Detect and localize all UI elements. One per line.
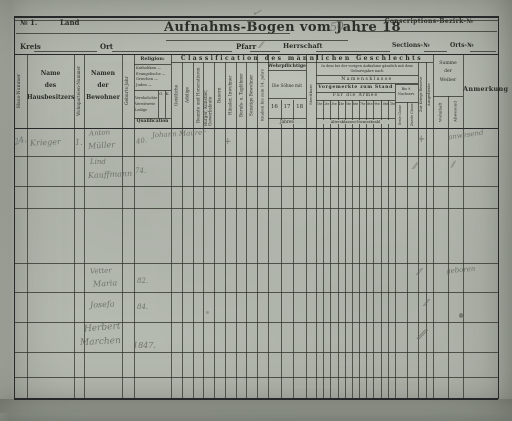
conscription-district-label: Conscriptions-Bezirk-№: [362, 19, 496, 26]
conscript-box-title: Wehrpflichtige: [268, 64, 306, 69]
handwritten-tally-mark: ⁄⁄: [414, 162, 417, 172]
grid-line: [27, 54, 28, 398]
handwritten-resident-name: Müller: [88, 140, 116, 151]
class-col-label: Berufs- u. Taglöhner: [236, 64, 247, 126]
age-18-head: 18: [293, 104, 306, 110]
rule-line: [424, 51, 447, 52]
vormerk-title: Vorgemerkte zum Stand: [316, 85, 395, 90]
grid-line: [345, 100, 346, 398]
class-col-label: Bürger, Künstler, Gewerbsleute: [203, 64, 214, 126]
age-class-head: 9te: [373, 103, 380, 107]
grid-line: [381, 100, 382, 398]
handwritten-tally-mark: +: [417, 134, 425, 145]
grid-line: [463, 54, 464, 398]
grid-line: [338, 100, 339, 398]
handwritten-birth-year: 82.: [137, 277, 148, 285]
handwritten-resident-name: Anton: [89, 128, 111, 137]
class-col-label: Bauern: [214, 64, 225, 126]
rule-line: [268, 98, 306, 99]
grid-line: [407, 102, 408, 398]
orts-number-label: Orts-№: [450, 43, 474, 50]
handwritten-party-number: 1.: [75, 138, 83, 147]
age-class-head: 10te: [381, 103, 388, 107]
class-col-label: Adelige: [182, 64, 193, 126]
class-col-label: Häusler, Inwohner: [225, 64, 236, 126]
residents-column-label: Namen der Bewohner: [84, 68, 122, 104]
women-sum-title: Summe der Weiber: [433, 60, 463, 85]
land-label: Land: [60, 19, 79, 27]
namensklasse-label: Namensklasse: [316, 77, 418, 82]
rule-line: [316, 100, 395, 101]
house-number-column-label: Haus-Nummer: [14, 56, 27, 126]
scanned-census-form: № 1. Land Aufnahms-Bogen vom Jahre 18 Co…: [0, 0, 512, 421]
rule-line: [34, 51, 97, 52]
handwritten-pfarr-entry: ⁄⁄: [260, 41, 263, 50]
women-sub-col-label: Abwesend: [448, 98, 463, 126]
handwritten-birth-year: 74.: [135, 167, 146, 175]
rule-line: [250, 51, 280, 52]
handwritten-birth-year: 40.: [135, 136, 147, 145]
handwritten-resident-name: Marchen: [80, 336, 121, 348]
class-col-label: Beamte und Honoratioren: [193, 64, 204, 126]
stand-row: Ledige: [135, 109, 157, 113]
classification-title: Classification des männlichen Geschlecht…: [171, 56, 433, 63]
rule-line: [316, 51, 390, 52]
rule-line: [470, 51, 496, 52]
grid-line: [281, 100, 282, 398]
rule-line: [268, 70, 306, 71]
sons-with-label: Die Söhne mit: [268, 84, 306, 89]
religion-row: Juden —: [136, 83, 169, 87]
owner-name-column-label: Name des Hausbesitzers: [27, 68, 74, 104]
age-class-head: 11te: [388, 103, 395, 107]
streitbare-column-label: Streitbare: [306, 64, 316, 126]
handwritten-tally-mark: ⁄⁄: [425, 299, 428, 309]
ink-blot: [206, 311, 209, 314]
nachserv-label: Bis 9. Nachserv.: [395, 87, 418, 96]
rule-line: [316, 75, 418, 76]
grid-line: [366, 100, 367, 398]
grid-line: [323, 100, 324, 398]
stand-row: Verehelichte: [135, 97, 157, 101]
stand-row: Verwitwete: [135, 103, 157, 107]
remark-column-label: Anmerkung: [463, 86, 496, 93]
grid-line: [330, 100, 331, 398]
grid-line: [395, 84, 396, 398]
age-17-head: 17: [281, 104, 294, 110]
boys-under14-column-label: Knaben bis zum 14. Jahre: [257, 64, 268, 126]
grid-line: [498, 16, 499, 399]
grid-line: [373, 100, 374, 398]
age-16-head: 16: [268, 104, 281, 110]
age-class-head: 2te: [323, 103, 330, 107]
handwritten-birth-year: 1847.: [133, 341, 156, 350]
grid-line: [352, 100, 353, 398]
ink-blot: [459, 313, 463, 318]
age-class-head: 7te: [359, 103, 366, 107]
birth-year-column-label: Geburts-Jahr: [122, 56, 134, 126]
armee-label: Für die Armee: [316, 94, 395, 99]
herrschaft-label: Herrschaft: [283, 43, 322, 50]
sections-number-label: Sections-№: [392, 43, 430, 50]
religion-row: Evangelische —: [136, 72, 169, 76]
handwritten-resident-name: Vetter: [90, 266, 112, 275]
form-number-label: № 1.: [20, 19, 37, 27]
class-col-label: Sonstige Bewohner: [246, 64, 257, 126]
age-class-head: 6te: [352, 103, 359, 107]
party-number-column-label: Wohnparteien-Nummer: [74, 56, 84, 126]
women-sub-col-label: Wohnhaft: [433, 98, 448, 126]
class-col-label: Geistliche: [171, 64, 182, 126]
age-class-head: 1te: [316, 103, 323, 107]
rule-line: [112, 51, 232, 52]
grid-line: [293, 100, 294, 398]
rule-line: [134, 64, 171, 65]
handwritten-owner-name: Krieger: [30, 137, 61, 148]
ort-label: Ort: [100, 43, 113, 51]
rule-line: [166, 40, 348, 41]
handwritten-tally-mark: ⁄⁄: [418, 268, 421, 278]
handwritten-birth-year: 84.: [137, 303, 148, 311]
kreis-label: Kreis: [20, 43, 41, 51]
handwritten-resident-name: Lind: [90, 158, 106, 166]
rule-line: [395, 84, 418, 85]
handwritten-tally-mark: +: [224, 137, 232, 147]
religion-row: Griechen —: [136, 77, 169, 81]
nachserv-col-label: Erste Classe: [395, 103, 407, 126]
qualification-label: Qualification: [134, 120, 171, 125]
grid-line: [388, 100, 389, 398]
veterans-column-label: Ausgediente: [426, 63, 434, 126]
vormerk-note: In dem bei der vorigen Aufnahme gänzlich…: [317, 64, 417, 73]
nachserv-col-label: Zweite Classe: [407, 103, 419, 126]
rule-line: [316, 118, 395, 119]
reserve-column-label: Zur Kriegs-Reserve: [418, 63, 426, 126]
handwritten-year: 50.: [329, 19, 348, 33]
age-class-head: 5te: [345, 103, 352, 107]
vormerk-footer: Altersklassen-Vormerkzahl: [318, 120, 393, 124]
rule-line: [14, 398, 498, 400]
age-class-head: 3te: [330, 103, 337, 107]
religion-row: Katholiken —: [136, 66, 169, 70]
pfarr-label: Pfarr: [236, 43, 256, 51]
handwritten-resident-name: Josefa: [90, 299, 115, 309]
handwritten-resident-name: Maria: [93, 278, 118, 288]
religion-box-title: Religion:: [134, 57, 171, 62]
grid-line: [359, 100, 360, 398]
jahren-label: Jahren: [269, 120, 305, 125]
